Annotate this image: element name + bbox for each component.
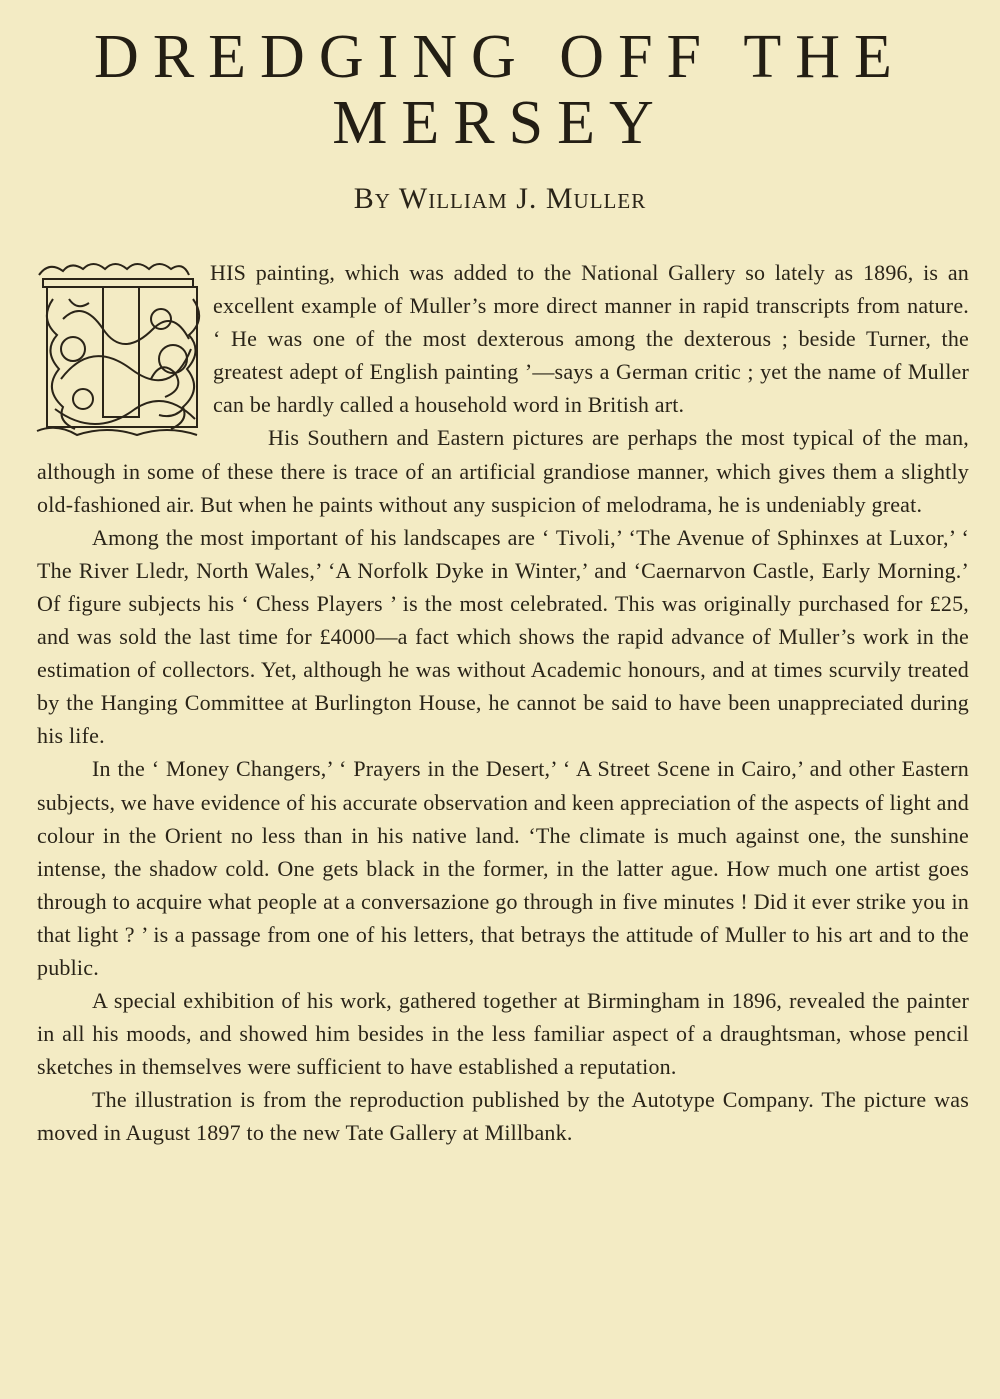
article-title-line-1: DREDGING OFF THE <box>0 26 1000 88</box>
paragraph-1-text: HIS painting, which was added to the Nat… <box>210 260 969 417</box>
article-body: HIS painting, which was added to the Nat… <box>37 256 969 1150</box>
paragraph-6: The illustration is from the reproductio… <box>37 1083 969 1149</box>
paragraph-5: A special exhibition of his work, gather… <box>37 984 969 1083</box>
document-page: DREDGING OFF THE MERSEY By William J. Mu… <box>0 0 1000 1399</box>
paragraph-1: HIS painting, which was added to the Nat… <box>37 256 969 421</box>
article-byline: By William J. Muller <box>0 182 1000 216</box>
ornamental-initial-t-icon <box>33 259 211 439</box>
paragraph-3: Among the most important of his landscap… <box>37 521 969 753</box>
article-title-line-2: MERSEY <box>0 92 1000 154</box>
paragraph-4: In the ‘ Money Changers,’ ‘ Prayers in t… <box>37 752 969 984</box>
